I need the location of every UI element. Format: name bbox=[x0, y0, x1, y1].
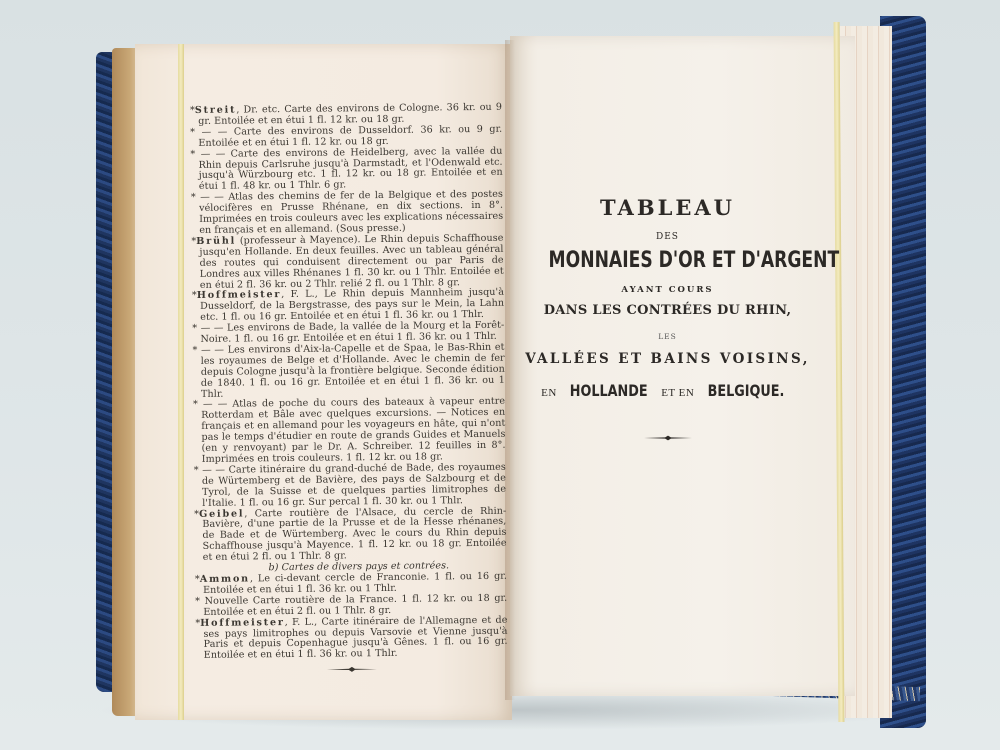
catalogue-entry: *Brühl (professeur à Mayence). Le Rhin d… bbox=[191, 234, 504, 292]
author-name: Brühl bbox=[196, 235, 236, 246]
catalogue-entries: *Streit, Dr. etc. Carte des environs de … bbox=[190, 103, 507, 564]
title-page: TABLEAU DES MONNAIES D'OR ET D'ARGENT AY… bbox=[515, 195, 820, 441]
entry-text: — — Les environs d'Aix-la-Capelle et de … bbox=[197, 342, 505, 400]
title-des: DES bbox=[515, 232, 820, 242]
catalogue-entry: * — — Les environs d'Aix-la-Capelle et d… bbox=[193, 343, 506, 401]
author-name: Geibel bbox=[199, 508, 244, 519]
entry-text: — — Atlas des chemins de fer de la Belgi… bbox=[196, 189, 503, 236]
ornament-rule-icon bbox=[327, 666, 377, 673]
catalogue-entry: * — — Carte des environs de Heidelberg, … bbox=[190, 146, 502, 193]
catalogue-entry: *Hoffmeister, F. L., Carte itinéraire de… bbox=[195, 615, 507, 662]
title-hollande-belgique: EN HOLLANDE ET EN BELGIQUE. bbox=[515, 381, 820, 401]
title-ayant-cours: AYANT COURS bbox=[515, 285, 820, 295]
catalogue-entry: * — — Atlas de poche du cours des bateau… bbox=[193, 397, 506, 466]
ornament-rule-icon bbox=[644, 435, 692, 441]
catalogue-entry: *Geibel, Carte routière de l'Alsace, du … bbox=[194, 506, 507, 564]
title-monnaies: MONNAIES D'OR ET D'ARGENT bbox=[549, 248, 787, 273]
entry-text: (professeur à Mayence). Le Rhin depuis S… bbox=[199, 233, 503, 291]
bookmark-ribbon-left[interactable] bbox=[178, 44, 184, 720]
title-les: LES bbox=[515, 332, 820, 341]
entry-text: — — Carte itinéraire du grand-duché de B… bbox=[199, 462, 506, 509]
entry-text: , Carte routière de l'Alsace, du cercle … bbox=[202, 505, 506, 563]
title-tableau: TABLEAU bbox=[515, 195, 820, 220]
title-vallees: VALLÉES ET BAINS VOISINS, bbox=[515, 351, 820, 367]
catalogue-entry: *Hoffmeister, F. L., Le Rhin depuis Mann… bbox=[192, 288, 504, 324]
author-name: Ammon bbox=[200, 573, 250, 585]
entry-text: — — Carte des environs de Heidelberg, av… bbox=[195, 145, 502, 192]
catalogue-entry: * — — Atlas des chemins de fer de la Bel… bbox=[191, 190, 503, 237]
catalogue-entry: * — — Carte itinéraire du grand-duché de… bbox=[194, 463, 506, 510]
title-contrees: DANS LES CONTRÉES DU RHIN, bbox=[515, 303, 820, 318]
author-name: Streit bbox=[195, 105, 237, 116]
entry-text: — — Atlas de poche du cours des bateaux … bbox=[198, 396, 506, 465]
catalogue-text: *Streit, Dr. etc. Carte des environs de … bbox=[190, 103, 508, 674]
catalogue-entries-b: *Ammon, Le ci-devant cercle de Franconie… bbox=[195, 572, 508, 663]
